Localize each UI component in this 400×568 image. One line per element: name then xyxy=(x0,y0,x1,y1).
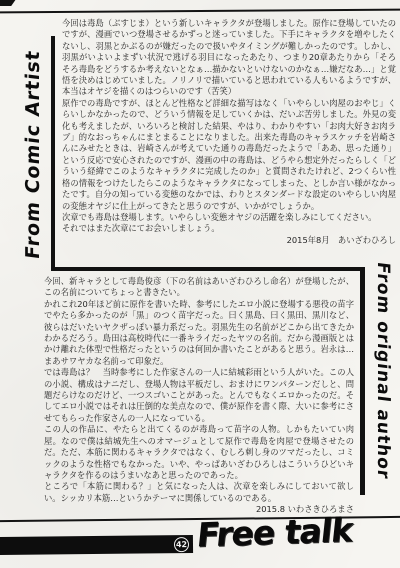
section-label-original-author-text: From original author xyxy=(373,261,393,481)
comic-artist-paragraph: それではまた次章にてお会いしましょう。 xyxy=(62,223,396,234)
footer-bar: 42 xyxy=(0,535,193,555)
original-author-paragraph: かれこれ20年ほど前に原作を書いた時、参考にしたエロ小説に登場する悪役の苗字でや… xyxy=(44,299,354,367)
original-author-paragraph: では毒島は？ 当時参考にした作家さんの一人に結城彩雨という人がいた。この人の小説… xyxy=(44,367,354,424)
original-author-paragraph: この人の作品に、やたらと出てくるのが毒島って苗字の人物。しかもたいてい肉屋。なの… xyxy=(44,424,354,481)
section-label-comic-artist: From Comic Artist xyxy=(16,55,50,255)
comic-artist-text-block: 今回は毒島（ぶすじま）という新しいキャラクタが登場しました。原作に登場していたの… xyxy=(62,18,396,246)
section-label-original-author: From original author xyxy=(367,272,399,470)
section-divider-line xyxy=(51,267,365,271)
scan-corner-mark xyxy=(0,0,17,6)
top-border-line xyxy=(0,9,400,14)
comic-artist-divider-rule xyxy=(51,36,55,270)
comic-artist-paragraph: 今回は毒島（ぶすじま）という新しいキャラクタが登場しました。原作に登場していたの… xyxy=(62,18,396,98)
original-author-divider-rule xyxy=(360,267,365,495)
comic-artist-paragraph: 原作での毒島ですが、ほとんど性格など詳細な描写はなく「いやらしい肉屋のおやじ」く… xyxy=(62,98,396,212)
section-label-comic-artist-text: From Comic Artist xyxy=(22,49,44,261)
page-number-badge: 42 xyxy=(174,537,189,552)
scanned-page: From Comic Artist 今回は毒島（ぶすじま）という新しいキャラクタ… xyxy=(0,0,400,568)
original-author-paragraph: ところで「本筋に関わる？」と気になった人は、次章を楽しみにしておいて欲しい。シッ… xyxy=(44,481,354,504)
comic-artist-signature: 2015年8月 あいざわひろし xyxy=(62,235,396,246)
original-author-paragraph: 今回、新キャラとして毒島俊彦（下の名前はあいざわひろし命名）が登場したが、この名… xyxy=(44,276,354,299)
comic-artist-paragraph: 次章でも毒島は登場します。いやらしい変態オヤジの活躍を楽しみにしてください。 xyxy=(62,212,396,223)
free-talk-title: Free talk xyxy=(195,508,399,554)
original-author-text-block: 今回、新キャラとして毒島俊彦（下の名前はあいざわひろし命名）が登場したが、この名… xyxy=(44,276,354,516)
